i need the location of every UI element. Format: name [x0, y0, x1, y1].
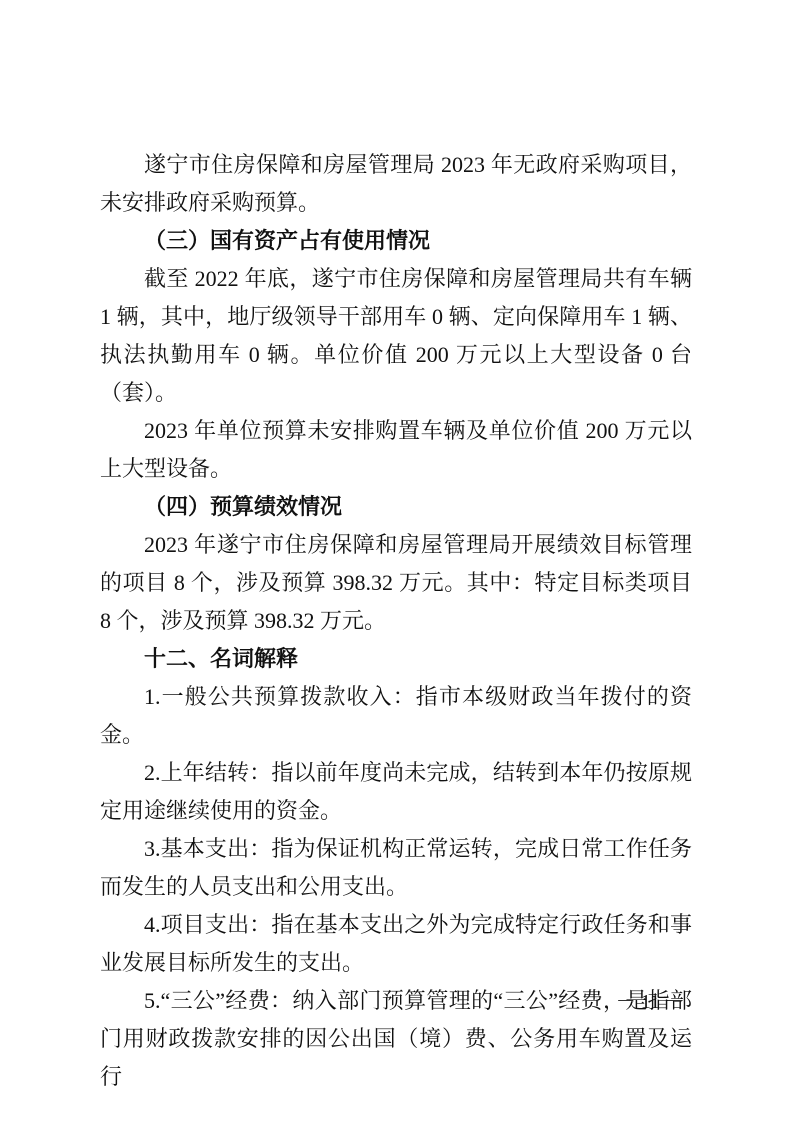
glossary-item-2-carryover: 2.上年结转：指以前年度尚未完成，结转到本年仍按原规定用途继续使用的资金。	[100, 754, 692, 830]
document-body: 遂宁市住房保障和房屋管理局 2023 年无政府采购项目，未安排政府采购预算。 （…	[100, 146, 692, 1096]
heading-state-assets: （三）国有资产占有使用情况	[100, 222, 692, 260]
paragraph-vehicles-equipment: 截至 2022 年底，遂宁市住房保障和房屋管理局共有车辆 1 辆，其中，地厅级领…	[100, 260, 692, 412]
paragraph-no-planned-purchases: 2023 年单位预算未安排购置车辆及单位价值 200 万元以上大型设备。	[100, 412, 692, 488]
glossary-item-3-basic-expenditure: 3.基本支出：指为保证机构正常运转，完成日常工作任务而发生的人员支出和公用支出。	[100, 830, 692, 906]
glossary-item-4-project-expenditure: 4.项目支出：指在基本支出之外为完成特定行政任务和事业发展目标所发生的支出。	[100, 906, 692, 982]
glossary-item-5-three-public-funds: 5.“三公”经费：纳入部门预算管理的“三公”经费，是指部门用财政拨款安排的因公出…	[100, 982, 692, 1096]
glossary-item-1-general-budget-income: 1.一般公共预算拨款收入：指市本级财政当年拨付的资金。	[100, 678, 692, 754]
paragraph-performance-targets: 2023 年遂宁市住房保障和房屋管理局开展绩效目标管理的项目 8 个，涉及预算 …	[100, 526, 692, 640]
document-page: 遂宁市住房保障和房屋管理局 2023 年无政府采购项目，未安排政府采购预算。 （…	[0, 0, 793, 1122]
heading-budget-performance: （四）预算绩效情况	[100, 488, 692, 526]
page-number: － 11 －	[616, 988, 685, 1016]
paragraph-no-procurement: 遂宁市住房保障和房屋管理局 2023 年无政府采购项目，未安排政府采购预算。	[100, 146, 692, 222]
heading-glossary: 十二、名词解释	[100, 640, 692, 678]
